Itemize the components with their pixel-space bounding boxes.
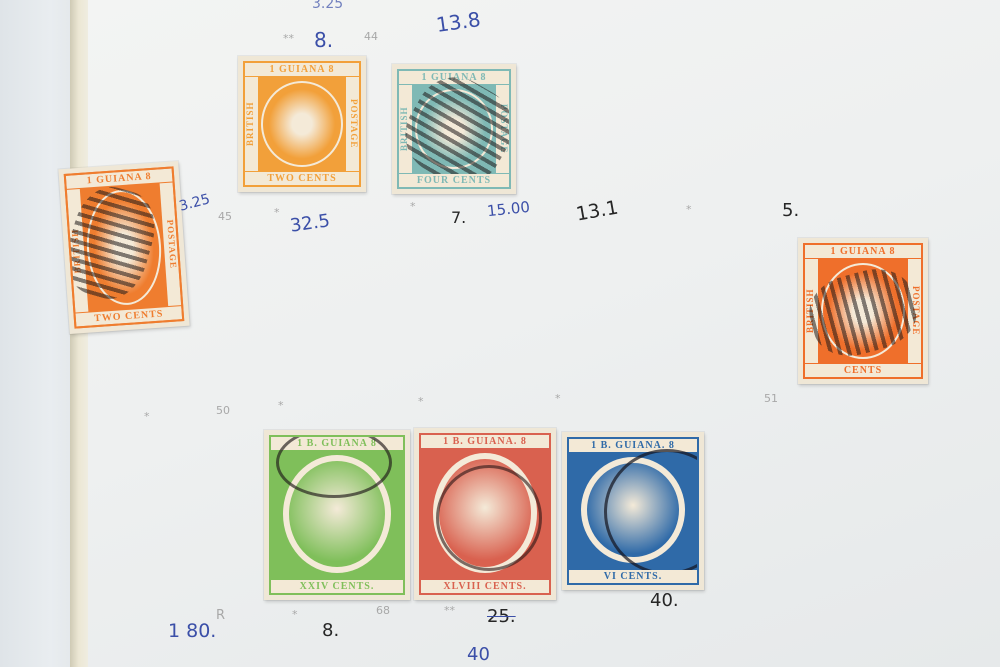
note-7: 7. — [451, 208, 466, 227]
stamp-right-label: POSTAGE — [346, 77, 359, 171]
note-top-44: 44 — [364, 30, 378, 43]
note-star-2: * — [410, 200, 416, 213]
note-star-4: * — [144, 410, 150, 423]
note-top-faint: 3.25 — [312, 0, 343, 12]
stamp-top-label: 1 GUIANA 8 — [245, 63, 359, 76]
stamp-left-label: BRITISH — [245, 77, 258, 171]
note-40-under: 40 — [467, 644, 490, 665]
postmark-cancel — [803, 260, 923, 364]
note-8: 8. — [322, 620, 339, 641]
note-180: 1 80. — [168, 620, 216, 642]
note-40: 40. — [650, 590, 679, 611]
stamp-xlviii-cents-red: 1 B. GUIANA. 8 XLVIII CENTS. — [414, 428, 556, 600]
note-pencil-45: 45 — [218, 210, 232, 223]
stamp-two-cents-orange: 1 GUIANA 8 BRITISH POSTAGE TWO CENTS — [238, 56, 366, 192]
stamp-value-label: CENTS — [805, 364, 921, 377]
stamp-value-label: TWO CENTS — [245, 172, 359, 185]
note-pencil-68: 68 — [376, 604, 390, 617]
stamp-value-label: VI CENTS. — [569, 570, 697, 583]
note-star-7: * — [555, 392, 561, 405]
stamp-value-label: TWO CENTS — [75, 306, 182, 326]
note-pencil-50: 50 — [216, 404, 230, 417]
note-star-8: * — [292, 608, 298, 621]
note-r: R — [216, 608, 225, 623]
note-stars-9: ** — [444, 604, 455, 617]
stamp-value-label: FOUR CENTS — [399, 174, 509, 187]
stamp-vi-cents-blue: 1 B. GUIANA. 8 VI CENTS. — [562, 432, 704, 590]
note-star-5: * — [278, 399, 284, 412]
stamp-value-label: XLVIII CENTS. — [421, 580, 549, 593]
facing-page — [0, 0, 72, 667]
stamp-four-cents-teal: 1 GUIANA 8 BRITISH POSTAGE FOUR CENTS — [392, 64, 516, 194]
stamp-top-label: 1 GUIANA 8 — [805, 245, 921, 258]
stamp-value-label: XXIV CENTS. — [271, 580, 403, 593]
stamp-two-cents-orange-left: 1 GUIANA 8 BRITISH POSTAGE TWO CENTS — [58, 161, 189, 334]
note-star-3: * — [686, 203, 692, 216]
postmark-cancel — [436, 465, 542, 571]
note-top-stars: ** — [283, 32, 294, 45]
stamp-orange-right: 1 GUIANA 8 BRITISH POSTAGE CENTS — [798, 238, 928, 384]
ship-oval-icon — [261, 81, 343, 167]
postmark-cancel — [397, 69, 511, 189]
stamp-top-label: 1 B. GUIANA. 8 — [421, 435, 549, 448]
stamp-top-label: 1 GUIANA 8 — [66, 168, 173, 188]
note-5: 5. — [782, 200, 799, 221]
note-pencil-51: 51 — [764, 392, 778, 405]
note-25: 25. — [487, 606, 516, 627]
note-top-8: 8. — [314, 28, 333, 52]
note-star-1: * — [274, 206, 280, 219]
stamp-xxiv-cents-green: 1 B. GUIANA 8 XXIV CENTS. — [264, 430, 410, 600]
note-star-6: * — [418, 395, 424, 408]
